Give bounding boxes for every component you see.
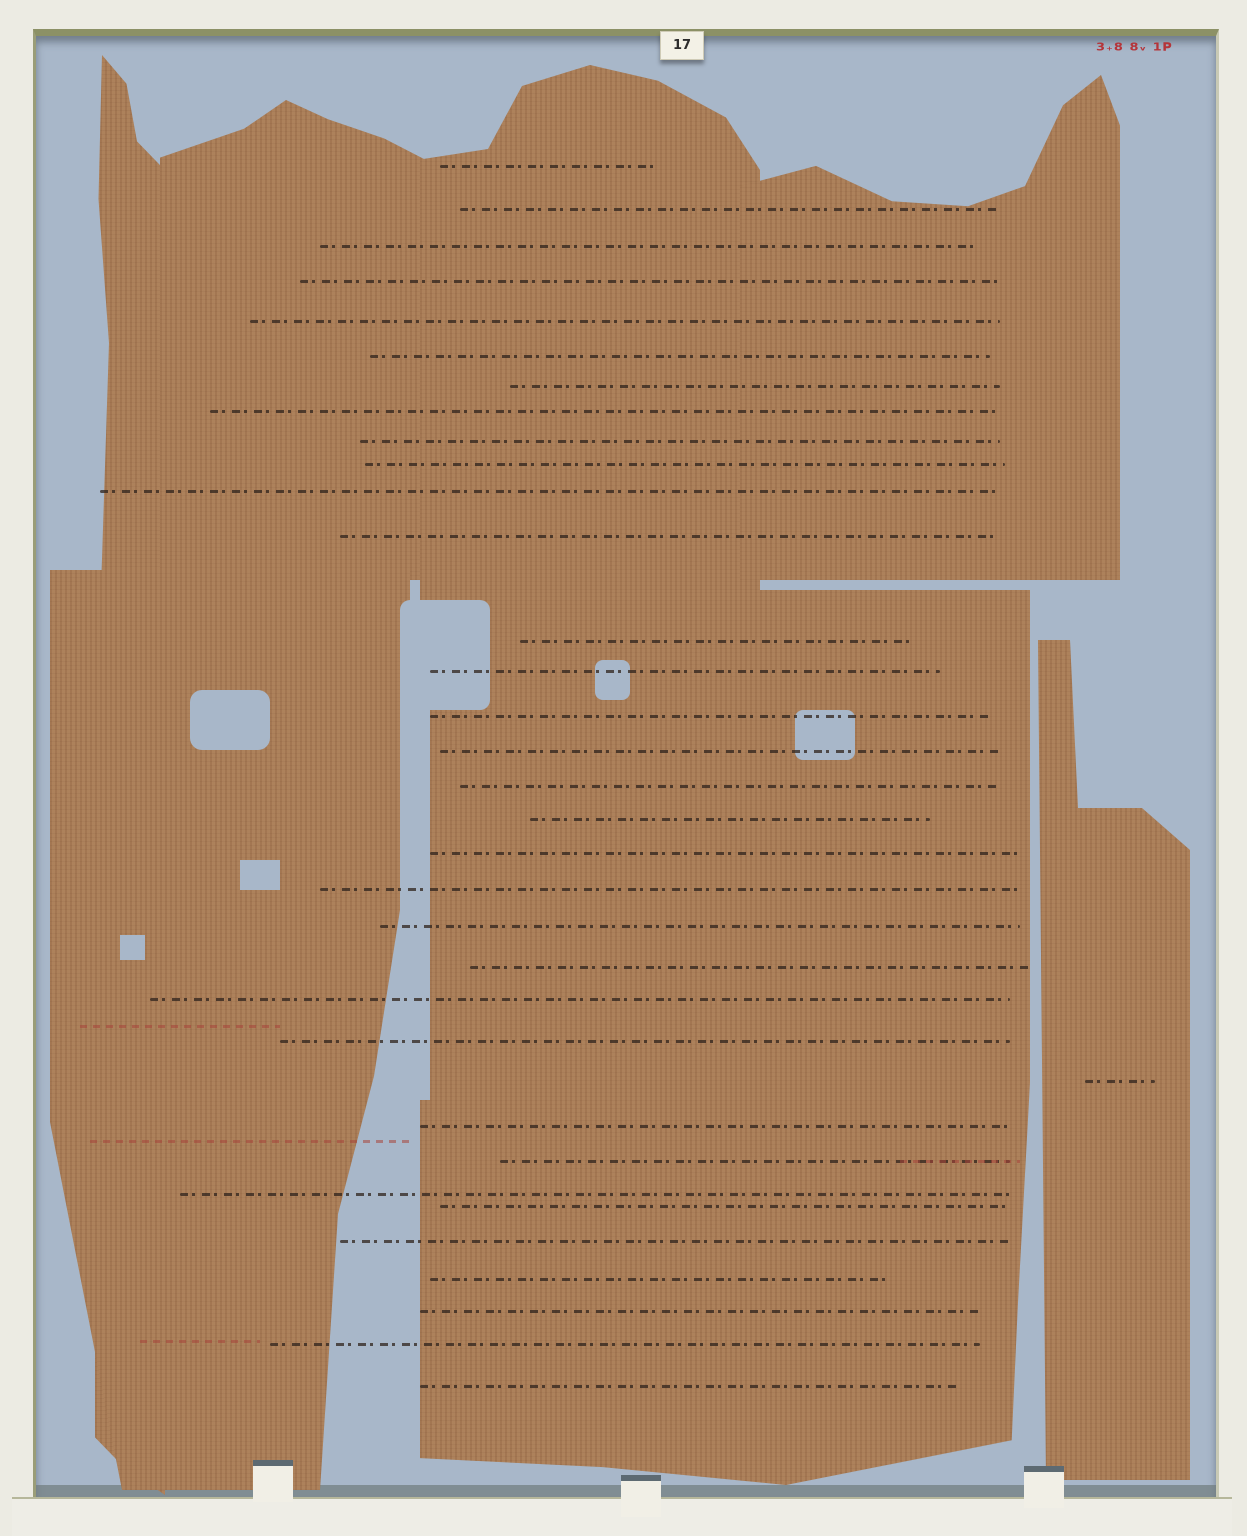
papyrus-upper-left bbox=[160, 100, 440, 580]
text-line bbox=[440, 750, 1000, 753]
text-line bbox=[530, 818, 930, 821]
text-line bbox=[420, 1125, 1010, 1128]
text-line bbox=[300, 280, 1000, 283]
text-line bbox=[340, 1240, 1010, 1243]
text-line bbox=[460, 785, 1000, 788]
text-line bbox=[320, 888, 1020, 891]
text-line bbox=[420, 1310, 980, 1313]
rubric-line bbox=[140, 1340, 260, 1343]
text-line bbox=[440, 1205, 1010, 1208]
lacuna bbox=[595, 660, 630, 700]
text-line bbox=[430, 852, 1020, 855]
text-line bbox=[210, 410, 1000, 413]
lacuna bbox=[190, 690, 270, 750]
text-line bbox=[520, 640, 910, 643]
text-line bbox=[360, 440, 1000, 443]
glazed-frame: 17 3₊8 8ᵥ 1𝐏 bbox=[0, 0, 1247, 1536]
text-line bbox=[430, 715, 990, 718]
rubric-line bbox=[900, 1160, 1020, 1163]
text-line bbox=[430, 670, 940, 673]
text-line bbox=[470, 966, 1030, 969]
text-line bbox=[370, 355, 990, 358]
lacuna bbox=[240, 860, 280, 890]
text-line bbox=[380, 925, 1020, 928]
mounting-tab bbox=[1024, 1466, 1064, 1508]
text-line bbox=[180, 1193, 1010, 1196]
inventory-mark: 3₊8 8ᵥ 1𝐏 bbox=[1096, 42, 1172, 54]
text-line bbox=[510, 385, 1000, 388]
mounting-tab bbox=[253, 1460, 293, 1502]
text-line bbox=[1085, 1080, 1155, 1083]
text-line bbox=[440, 165, 660, 168]
rubric-line bbox=[90, 1140, 410, 1143]
lacuna bbox=[120, 935, 145, 960]
plate-number-label: 17 bbox=[660, 31, 704, 60]
text-line bbox=[270, 1343, 980, 1346]
text-line bbox=[460, 208, 1000, 211]
papyrus-lower-center bbox=[420, 590, 1030, 1485]
rubric-line bbox=[80, 1025, 280, 1028]
text-line bbox=[430, 1278, 890, 1281]
text-line bbox=[420, 1385, 960, 1388]
text-line bbox=[150, 998, 1010, 1001]
text-line bbox=[320, 245, 980, 248]
text-line bbox=[340, 535, 1000, 538]
text-line bbox=[250, 320, 1000, 323]
text-line bbox=[100, 490, 1000, 493]
text-line bbox=[280, 1040, 1010, 1043]
text-line bbox=[365, 463, 1005, 466]
mounting-tab bbox=[621, 1475, 661, 1517]
lacuna bbox=[400, 600, 490, 710]
